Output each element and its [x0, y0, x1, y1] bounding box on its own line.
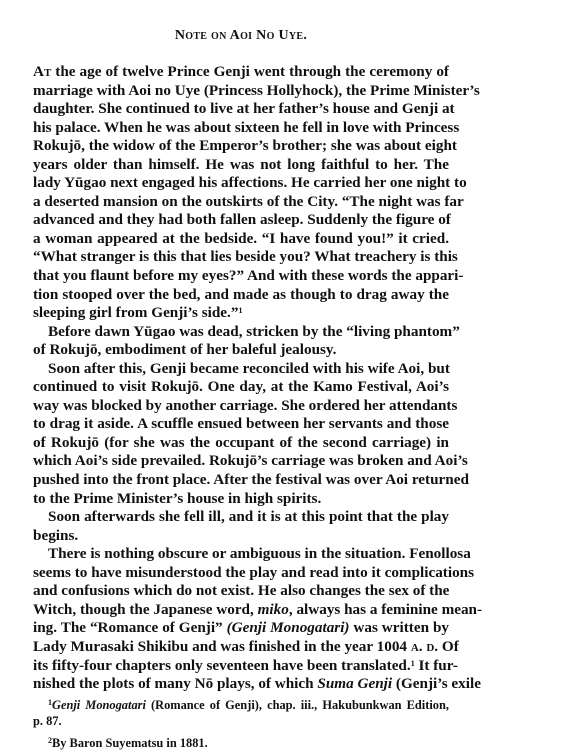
footnote-ref[interactable]: 1 — [238, 306, 242, 315]
text-line: Before dawn Yūgao was dead, stricken by … — [33, 323, 449, 342]
text-line: ing. The “Romance of Genji” (Genji Monog… — [33, 619, 449, 638]
text-fragment: (Romance of Genji), chap. iii., Hakubunk… — [146, 698, 449, 712]
italic-title: (Genji Monogatari) — [227, 619, 350, 636]
footnote-marker: 2 — [48, 736, 52, 745]
text-line: Soon after this, Genji became reconciled… — [33, 360, 449, 379]
text-fragment: nished the plots of many Nō plays, of wh… — [33, 675, 317, 692]
text-line: a woman appeared at the bedside. “I have… — [33, 230, 449, 249]
text-line: seems to have misunderstood the play and… — [33, 564, 449, 583]
text-line: his palace. When he was about sixteen he… — [33, 119, 449, 138]
text-line: of Rokujō (for she was the occupant of t… — [33, 434, 449, 453]
text-fragment: its fifty-four chapters only seventeen h… — [33, 657, 411, 674]
text-line: years older than himself. He was not lon… — [33, 156, 449, 175]
italic-title: Genji Monogatari — [52, 698, 146, 712]
text-fragment: Of — [438, 638, 459, 655]
text-line: to drag it aside. A scuffle ensued betwe… — [33, 415, 449, 434]
text-line: a deserted mansion on the outskirts of t… — [33, 193, 449, 212]
text-line: of Rokujō, embodiment of her baleful jea… — [33, 341, 449, 360]
text-line: Soon afterwards she fell ill, and it is … — [33, 508, 449, 527]
italic-term: miko — [258, 601, 289, 618]
text-line: At the age of twelve Prince Genji went t… — [33, 63, 449, 82]
text-fragment: It fur- — [415, 657, 458, 674]
text-line: nished the plots of many Nō plays, of wh… — [33, 675, 449, 694]
text-line: lady Yūgao next engaged his affections. … — [33, 174, 449, 193]
text-line: continued to visit Rokujō. One day, at t… — [33, 378, 449, 397]
text-line: way was blocked by another carriage. She… — [33, 397, 449, 416]
page-title: Note on Aoi No Uye. — [33, 28, 449, 44]
text-line: that you flaunt before my eyes?” And wit… — [33, 267, 449, 286]
text-line: sleeping girl from Genji’s side.”1 — [33, 304, 449, 323]
text-line: Rokujō, the widow of the Emperor’s broth… — [33, 137, 449, 156]
text-line: tion stooped over the bed, and made as t… — [33, 286, 449, 305]
text-fragment: sleeping girl from Genji’s side.” — [33, 304, 238, 321]
text-line: “What stranger is this that lies beside … — [33, 248, 449, 267]
text-fragment: Lady Murasaki Shikibu and was finished i… — [33, 638, 411, 655]
footnote-marker: 1 — [48, 698, 52, 707]
era-abbrev: a. d. — [411, 638, 438, 655]
text-fragment: , always has a feminine mean- — [289, 601, 482, 618]
text-line: pushed into the front place. After the f… — [33, 471, 449, 490]
footnote-1: 1Genji Monogatari (Romance of Genji), ch… — [33, 697, 449, 713]
text-line: advanced and they had both fallen asleep… — [33, 211, 449, 230]
text-fragment: the age of twelve Prince Genji went thro… — [51, 63, 449, 80]
drop-word: At — [33, 63, 51, 80]
body-text: At the age of twelve Prince Genji went t… — [33, 63, 449, 694]
footnote-ref[interactable]: 1 — [411, 659, 415, 668]
text-line: marriage with Aoi no Uye (Princess Holly… — [33, 82, 449, 101]
text-fragment: By Baron Suyematsu in 1881. — [52, 736, 208, 750]
footnote-2: 2By Baron Suyematsu in 1881. — [33, 735, 449, 751]
text-fragment: Witch, though the Japanese word, — [33, 601, 258, 618]
italic-title: Suma Genji — [317, 675, 392, 692]
text-line: its fifty-four chapters only seventeen h… — [33, 657, 449, 676]
text-line: to the Prime Minister’s house in high sp… — [33, 490, 449, 509]
footnote-1-cont: p. 87. — [33, 713, 449, 729]
text-line: Lady Murasaki Shikibu and was finished i… — [33, 638, 449, 657]
footnotes: 1Genji Monogatari (Romance of Genji), ch… — [33, 697, 449, 751]
text-line: and confusions which do not exist. He al… — [33, 582, 449, 601]
text-fragment: (Genji’s exile — [392, 675, 481, 692]
text-line: daughter. She continued to live at her f… — [33, 100, 449, 119]
text-line: There is nothing obscure or ambiguous in… — [33, 545, 449, 564]
text-line: which Aoi’s side prevailed. Rokujō’s car… — [33, 452, 449, 471]
text-fragment: ing. The “Romance of Genji” — [33, 619, 227, 636]
text-line: Witch, though the Japanese word, miko, a… — [33, 601, 449, 620]
text-line: begins. — [33, 527, 449, 546]
text-fragment: was written by — [349, 619, 449, 636]
